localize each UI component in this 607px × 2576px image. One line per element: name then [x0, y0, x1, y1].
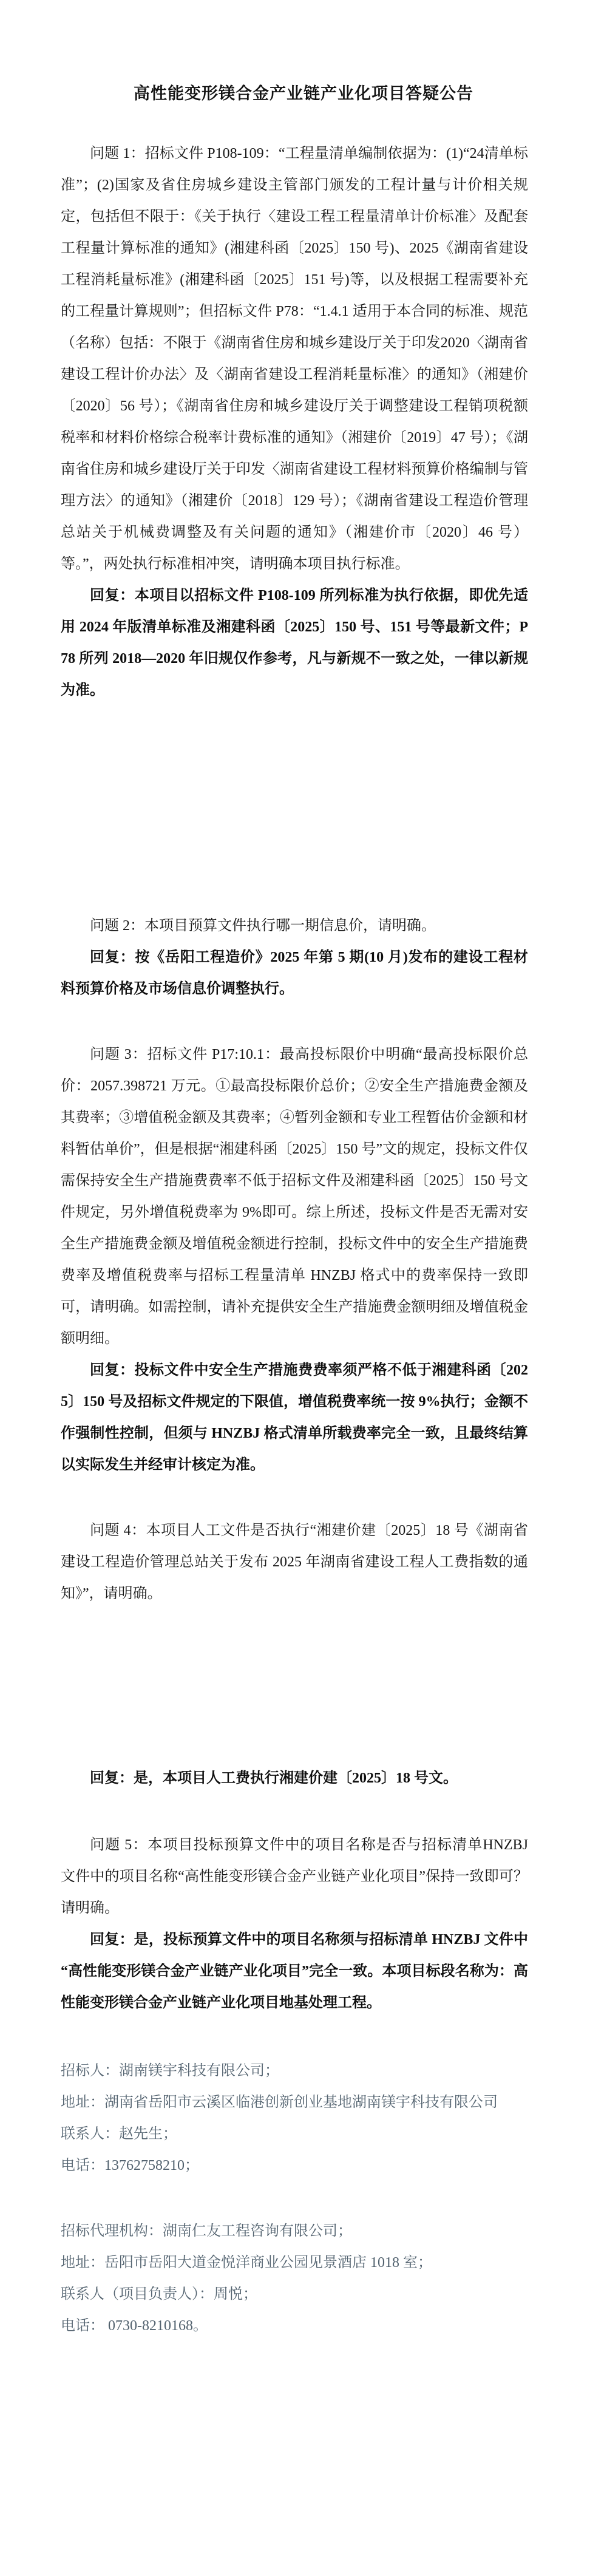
- question-5-paragraph: 问题 5：本项目投标预算文件中的项目名称是否与招标清单HNZBJ 文件中的项目名…: [61, 1829, 528, 1924]
- agency-address-line: 地址：岳阳市岳阳大道金悦洋商业公园见景酒店 1018 室；: [61, 2247, 528, 2279]
- answer-2-paragraph: 回复：按《岳阳工程造价》2025 年第 5 期(10 月)发布的建设工程材料预算…: [61, 942, 528, 1005]
- agency-name-line: 招标代理机构：湖南仁友工程咨询有限公司；: [61, 2215, 528, 2247]
- contact-info-block: 招标人：湖南镁宇科技有限公司； 地址：湖南省岳阳市云溪区临港创新创业基地湖南镁宇…: [61, 2055, 528, 2342]
- document-body: 问题 1：招标文件 P108-109：“工程量清单编制依据为：(1)“24清单标…: [61, 138, 528, 2506]
- agency-contact-person-line: 联系人（项目负责人）：周悦；: [61, 2279, 528, 2310]
- agency-phone-line: 电话： 0730-8210168。: [61, 2310, 528, 2342]
- page-title: 高性能变形镁合金产业链产业化项目答疑公告: [0, 80, 607, 104]
- bidder-contact-person-line: 联系人：赵先生；: [61, 2118, 528, 2150]
- answer-5-paragraph: 回复：是，投标预算文件中的项目名称须与招标清单 HNZBJ 文件中“高性能变形镁…: [61, 1924, 528, 2019]
- question-2-paragraph: 问题 2：本项目预算文件执行哪一期信息价，请明确。: [61, 910, 528, 942]
- answer-1-paragraph: 回复：本项目以招标文件 P108-109 所列标准为执行依据，即优先适用 202…: [61, 580, 528, 706]
- answer-3-paragraph: 回复：投标文件中安全生产措施费费率须严格不低于湘建科函〔2025〕150 号及招…: [61, 1354, 528, 1481]
- bidder-phone-line: 电话：13762758210；: [61, 2150, 528, 2181]
- question-4-paragraph: 问题 4：本项目人工文件是否执行“湘建价建〔2025〕18 号《湖南省建设工程造…: [61, 1515, 528, 1609]
- bidder-address-line: 地址：湖南省岳阳市云溪区临港创新创业基地湖南镁宇科技有限公司: [61, 2087, 528, 2118]
- bidder-name-line: 招标人：湖南镁宇科技有限公司；: [61, 2055, 528, 2087]
- bottom-whitespace: [61, 2342, 528, 2506]
- question-3-paragraph: 问题 3：招标文件 P17:10.1：最高投标限价中明确“最高投标限价总价：20…: [61, 1039, 528, 1354]
- answer-4-paragraph: 回复：是，本项目人工费执行湘建价建〔2025〕18 号文。: [61, 1762, 528, 1794]
- question-1-paragraph: 问题 1：招标文件 P108-109：“工程量清单编制依据为：(1)“24清单标…: [61, 138, 528, 580]
- announcement-page: 高性能变形镁合金产业链产业化项目答疑公告 问题 1：招标文件 P108-109：…: [0, 0, 607, 2576]
